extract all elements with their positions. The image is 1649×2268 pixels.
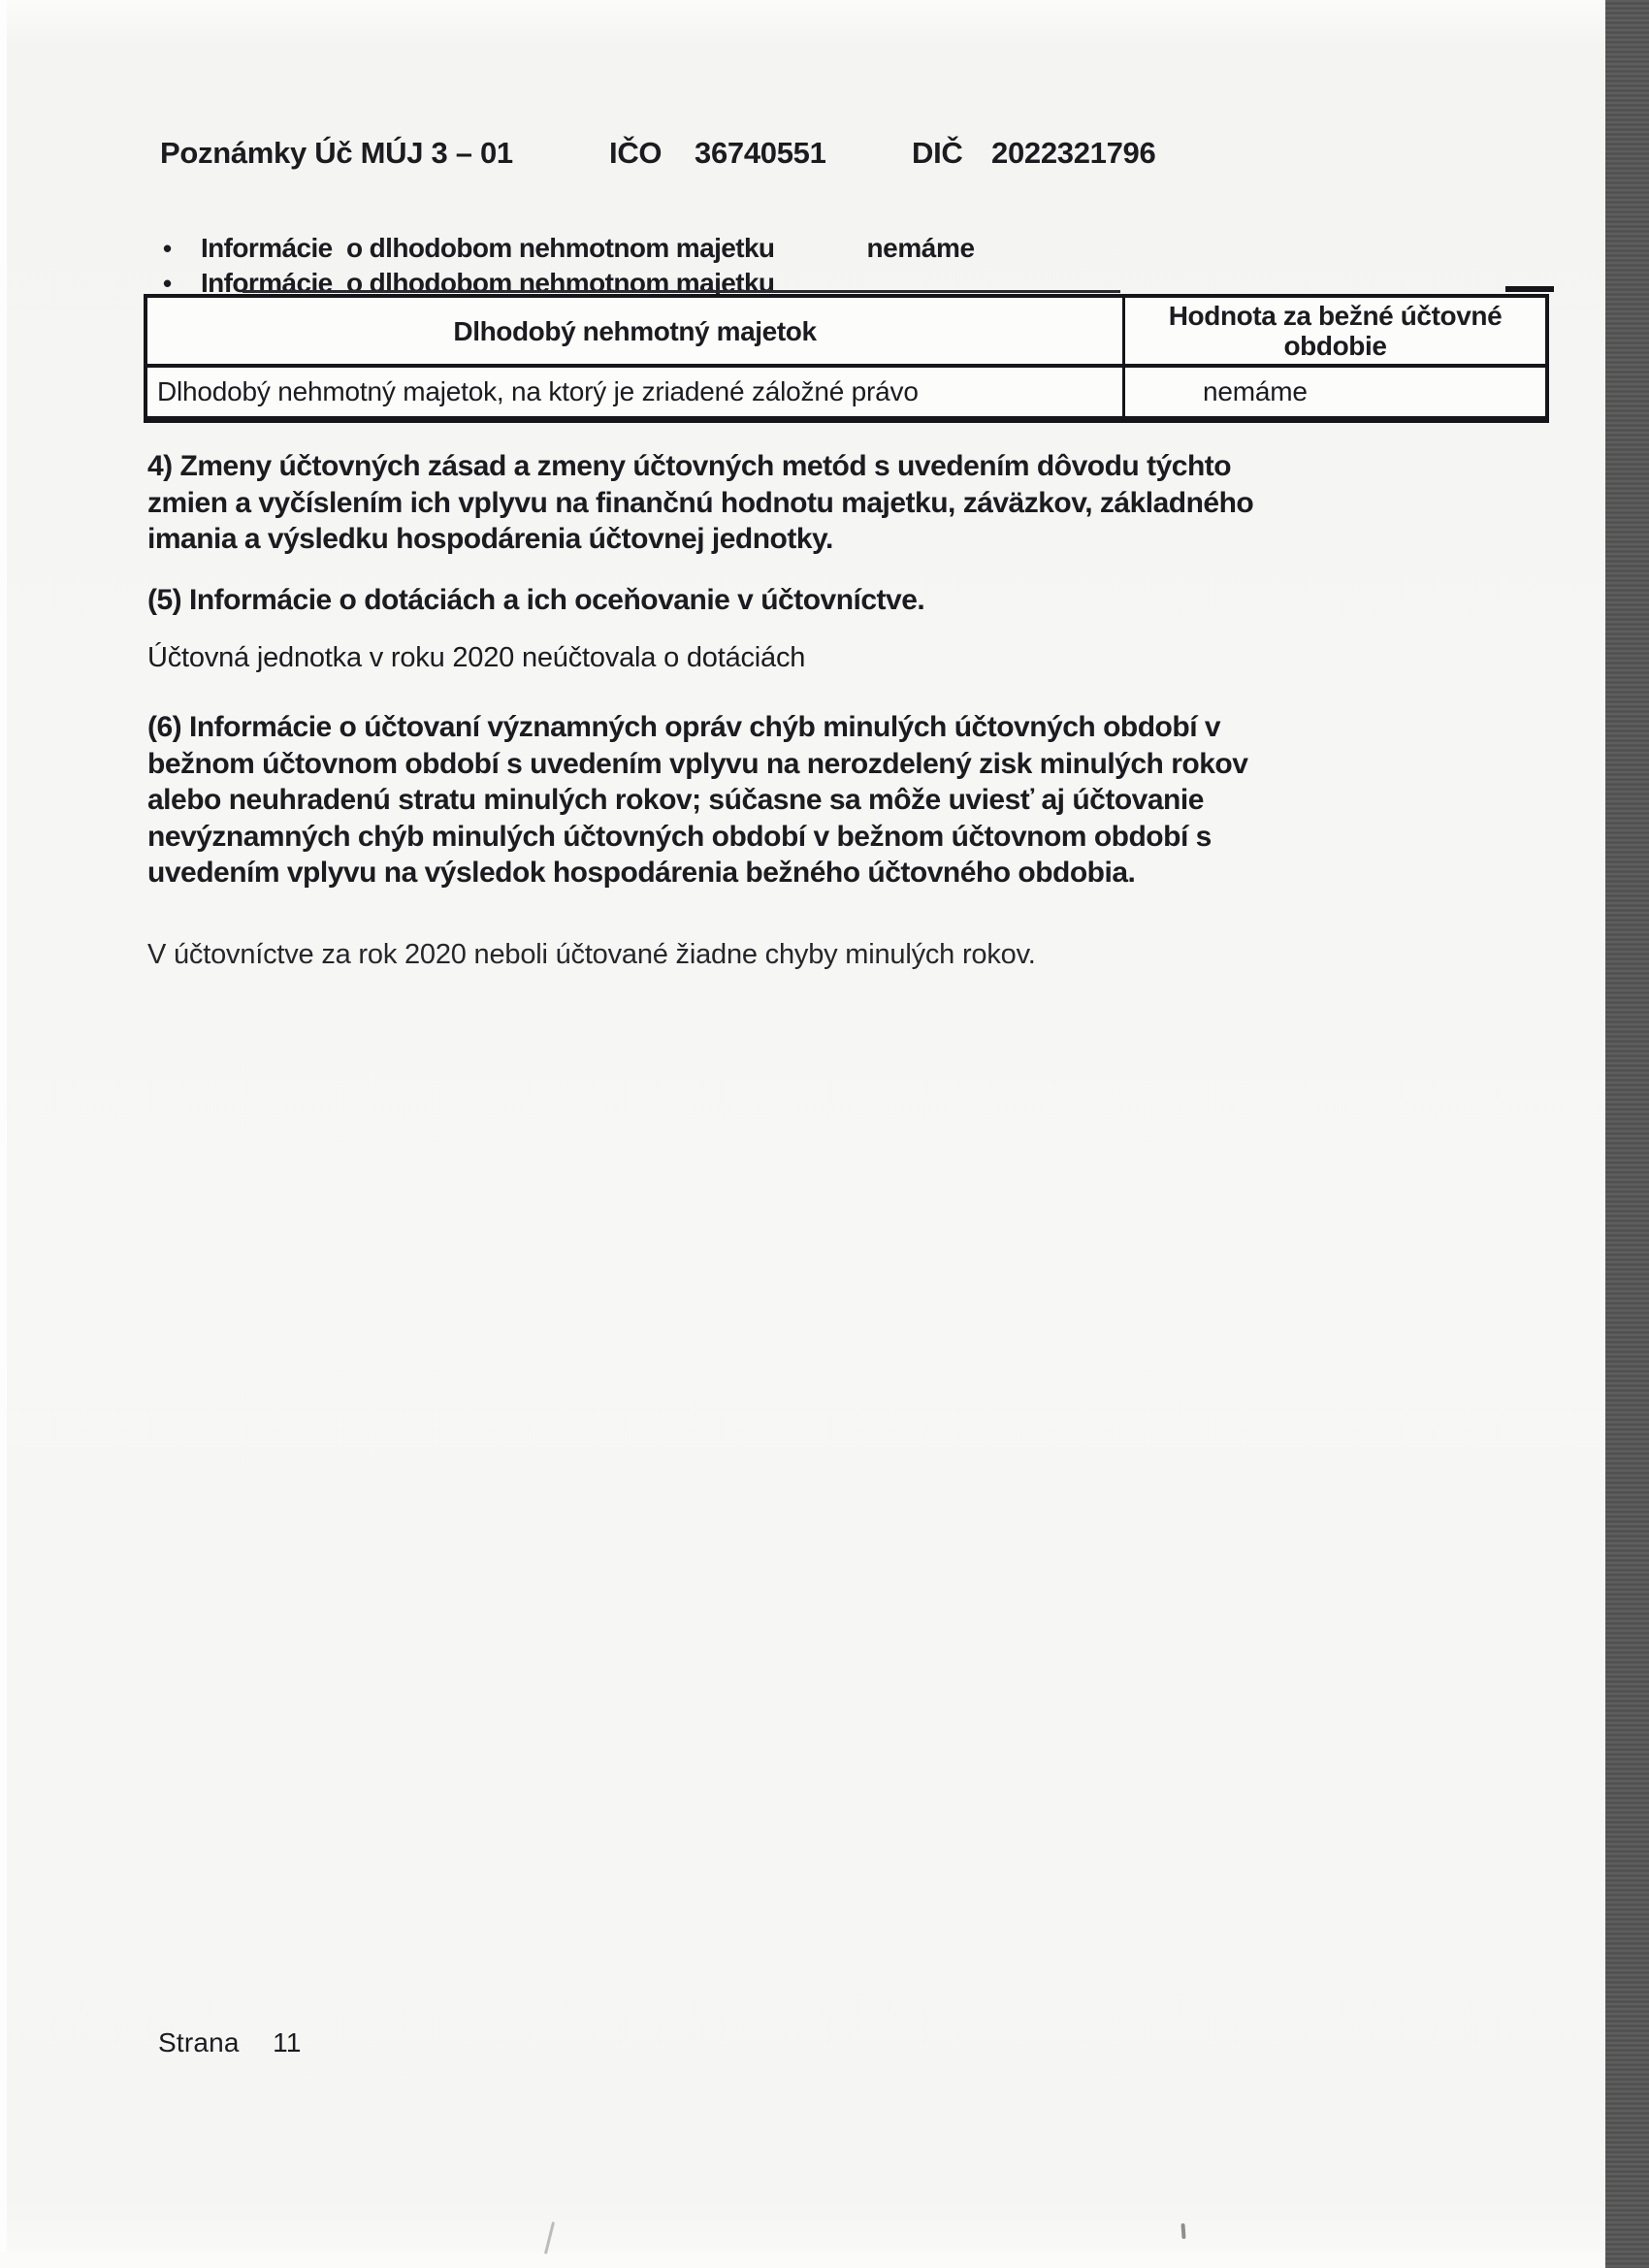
scan-artifact-mark xyxy=(544,2221,555,2254)
ico-value: 36740551 xyxy=(695,136,826,171)
dic-value: 2022321796 xyxy=(991,136,1155,171)
page-footer: Strana 11 xyxy=(158,2027,302,2058)
table-row-asset: Dlhodobý nehmotný majetok, na ktorý je z… xyxy=(147,368,1125,416)
scan-artifact-notch xyxy=(1505,286,1554,292)
table-header-value: Hodnota za bežné účtovné obdobie xyxy=(1125,298,1545,368)
scanned-document-page: Poznámky Úč MÚJ 3 – 01 IČO 36740551 DIČ … xyxy=(0,0,1649,2268)
scanner-edge-strip xyxy=(1605,0,1649,2268)
paper-bottom-edge xyxy=(0,2252,1605,2268)
table-header-asset: Dlhodobý nehmotný majetok xyxy=(147,298,1125,368)
section-5-heading: (5) Informácie o dotáciách a ich oceňova… xyxy=(147,582,1467,619)
form-title: Poznámky Úč MÚJ 3 – 01 xyxy=(160,136,513,171)
ico-label: IČO xyxy=(609,136,662,171)
list-item: • Informácie o dlhodobom nehmotnom majet… xyxy=(147,233,975,268)
paper-left-edge xyxy=(0,0,7,2268)
intangible-assets-table: Dlhodobý nehmotný majetok Hodnota za bež… xyxy=(144,294,1549,423)
page-label: Strana xyxy=(158,2027,240,2057)
paragraph-4: 4) Zmeny účtovných zásad a zmeny účtovný… xyxy=(147,448,1467,558)
bullet-icon: • xyxy=(147,234,201,264)
scan-artifact-line xyxy=(242,290,1120,293)
bullet-value: nemáme xyxy=(866,233,974,264)
table-row-value: nemáme xyxy=(1125,368,1545,416)
paragraph-6: (6) Informácie o účtovaní významných opr… xyxy=(147,709,1467,891)
prior-errors-note: V účtovníctve za rok 2020 neboli účtovan… xyxy=(147,939,1505,971)
bullet-text: Informácie o dlhodobom nehmotnom majetku xyxy=(201,233,774,264)
document-header: Poznámky Úč MÚJ 3 – 01 IČO 36740551 DIČ … xyxy=(0,136,1600,175)
dic-label: DIČ xyxy=(912,136,963,171)
section-5-body: Účtovná jednotka v roku 2020 neúčtovala … xyxy=(147,642,1505,674)
page-number: 11 xyxy=(273,2027,301,2057)
scan-artifact-speck xyxy=(1180,2223,1185,2239)
